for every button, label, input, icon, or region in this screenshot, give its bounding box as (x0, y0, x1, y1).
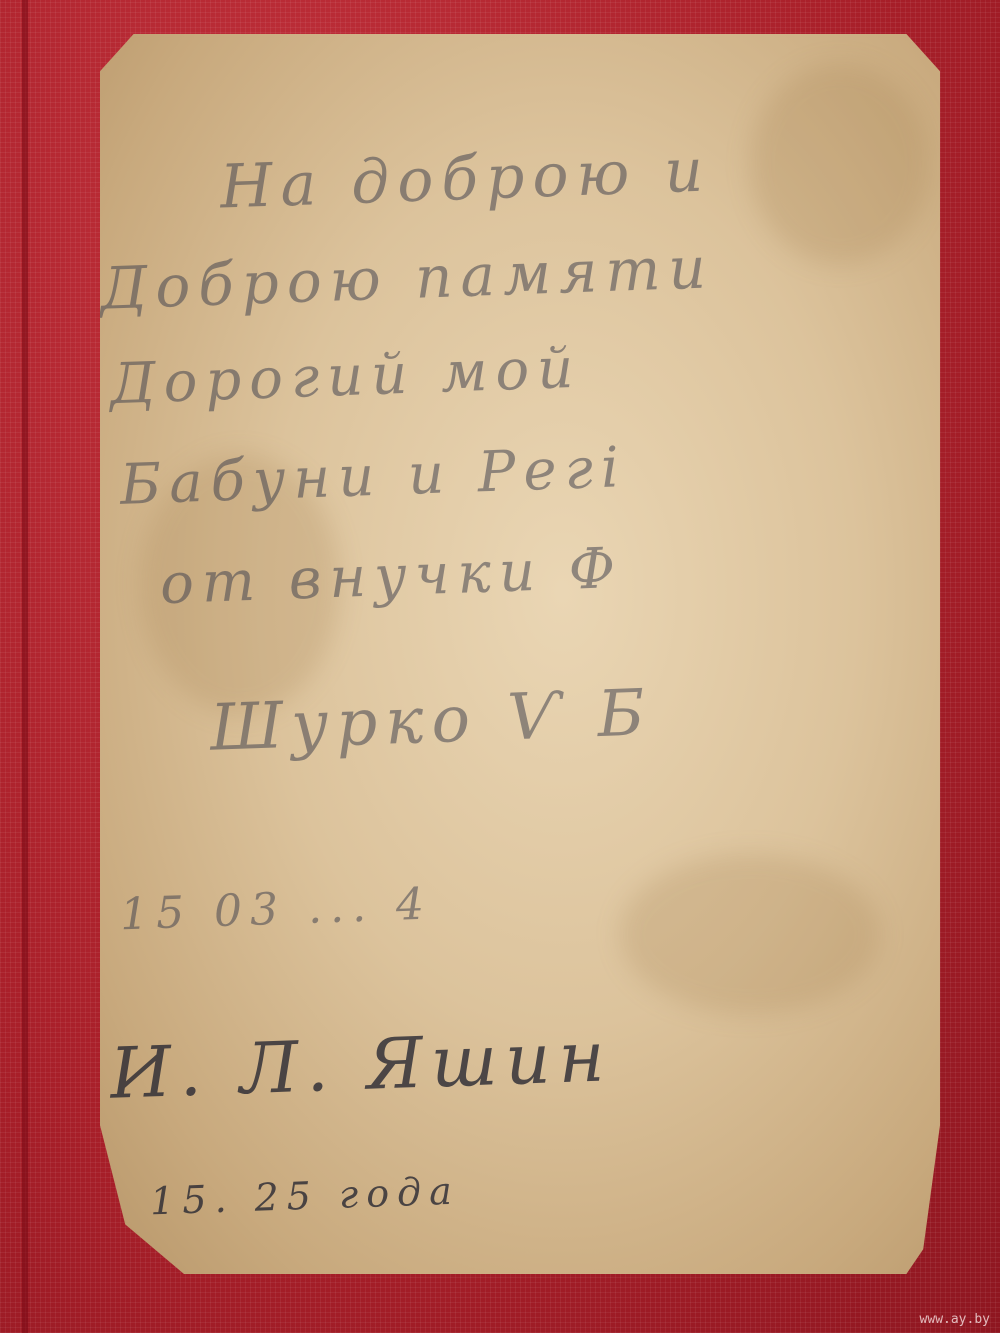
old-photo-card-back: На доброю и Доброю памяти Дорогий мой Ба… (100, 34, 940, 1274)
handwriting-line: Шурко Ѵ Б (209, 676, 654, 765)
handwriting-line: Дорогий мой (109, 336, 582, 417)
stain (750, 64, 930, 264)
book-spine-edge (22, 0, 28, 1333)
handwriting-line: Доброю памяти (99, 233, 715, 322)
stain (620, 854, 880, 1014)
signature: И. Л. Яшин (109, 1015, 614, 1114)
watermark: www.ay.by (920, 1312, 990, 1327)
handwriting-line: Бабуни и Регі (119, 435, 628, 518)
handwriting-line: 15 03 ... 4 (119, 879, 432, 941)
handwriting-date: 15. 25 года (149, 1169, 460, 1224)
handwriting-line: На доброю и (219, 135, 712, 222)
